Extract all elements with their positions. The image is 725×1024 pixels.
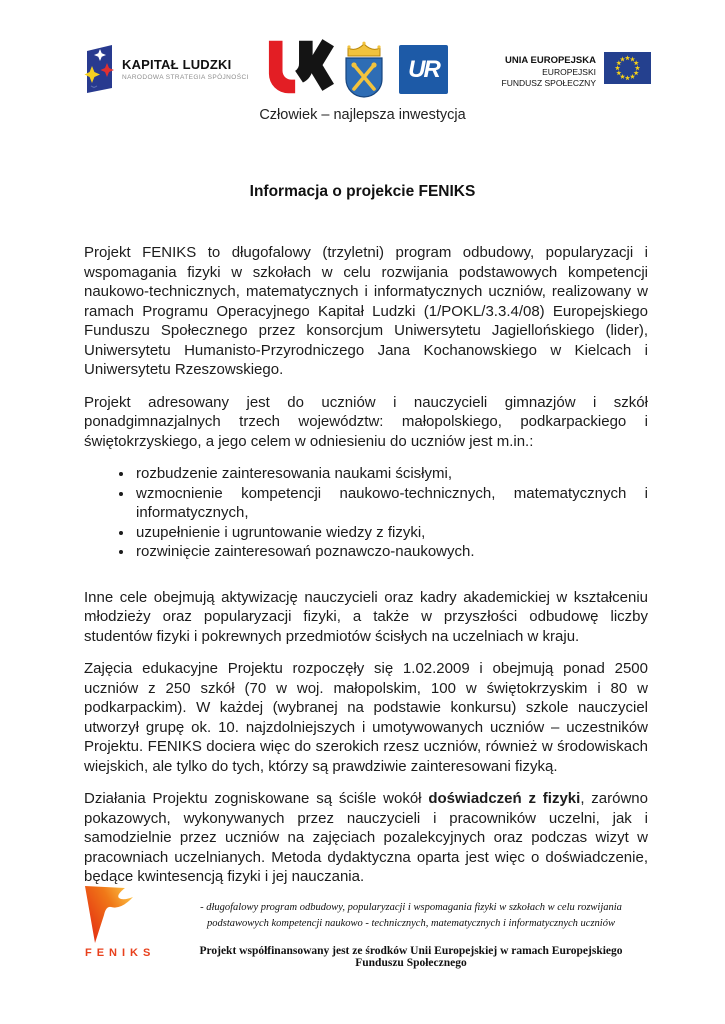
- list-item: rozbudzenie zainteresowania naukami ścis…: [134, 464, 648, 484]
- list-item: uzupełnienie i ugruntowanie wiedzy z fiz…: [134, 523, 648, 543]
- feniks-flame-icon: [83, 885, 137, 945]
- document-page: KAPITAŁ LUDZKI NARODOWA STRATEGIA SPÓJNO…: [0, 0, 725, 1024]
- eu-logo: UNIA EUROPEJSKA EUROPEJSKI FUNDUSZ SPOŁE…: [496, 52, 651, 88]
- ujk-logo: [266, 37, 334, 102]
- footer-funding: Projekt współfinansowany jest ze środków…: [191, 945, 631, 969]
- paragraph-5: Działania Projektu zogniskowane są ściśl…: [84, 789, 648, 887]
- eu-line2: EUROPEJSKI: [496, 67, 596, 78]
- page-title: Informacja o projekcie FENIKS: [0, 183, 725, 201]
- header-motto: Człowiek – najlepsza inwestycja: [0, 107, 725, 123]
- feniks-logo: FENIKS: [83, 885, 179, 959]
- kapital-ludzki-flag-icon: [84, 44, 114, 94]
- eu-line1: UNIA EUROPEJSKA: [496, 55, 596, 67]
- feniks-wordmark: FENIKS: [85, 947, 155, 959]
- eu-flag-icon: [604, 52, 651, 84]
- paragraph-1: Projekt FENIKS to długofalowy (trzyletni…: [84, 243, 648, 380]
- ur-logo: UR: [399, 45, 448, 94]
- paragraph-4: Zajęcia edukacyjne Projektu rozpoczęły s…: [84, 659, 648, 776]
- crest-shield-icon: [343, 41, 385, 99]
- document-body: Projekt FENIKS to długofalowy (trzyletni…: [84, 243, 648, 900]
- paragraph-3: Inne cele obejmują aktywizację nauczycie…: [84, 588, 648, 647]
- paragraph-5-text: Działania Projektu zogniskowane są ściśl…: [84, 790, 428, 807]
- kapital-ludzki-subtitle: NARODOWA STRATEGIA SPÓJNOŚCI: [122, 74, 249, 81]
- eu-line3: FUNDUSZ SPOŁECZNY: [496, 78, 596, 89]
- goals-list: rozbudzenie zainteresowania naukami ścis…: [84, 464, 648, 562]
- paragraph-2: Projekt adresowany jest do uczniów i nau…: [84, 393, 648, 452]
- list-item: rozwinięcie zainteresowań poznawczo-nauk…: [134, 542, 648, 562]
- footer-text: - długofalowy program odbudowy, populary…: [179, 885, 631, 969]
- footer: FENIKS - długofalowy program odbudowy, p…: [83, 885, 631, 969]
- kapital-ludzki-text: KAPITAŁ LUDZKI NARODOWA STRATEGIA SPÓJNO…: [122, 57, 249, 81]
- list-item: wzmocnienie kompetencji naukowo-technicz…: [134, 484, 648, 523]
- footer-tagline: - długofalowy program odbudowy, populary…: [191, 900, 631, 933]
- ur-logo-label: UR: [408, 56, 439, 84]
- kapital-ludzki-logo: KAPITAŁ LUDZKI NARODOWA STRATEGIA SPÓJNO…: [84, 44, 249, 94]
- ujk-letters-icon: [266, 37, 334, 97]
- kapital-ludzki-title: KAPITAŁ LUDZKI: [122, 57, 249, 72]
- paragraph-5-bold: doświadczeń z fizyki: [428, 790, 580, 807]
- jagiellonian-crest: [343, 41, 385, 104]
- eu-text: UNIA EUROPEJSKA EUROPEJSKI FUNDUSZ SPOŁE…: [496, 52, 596, 88]
